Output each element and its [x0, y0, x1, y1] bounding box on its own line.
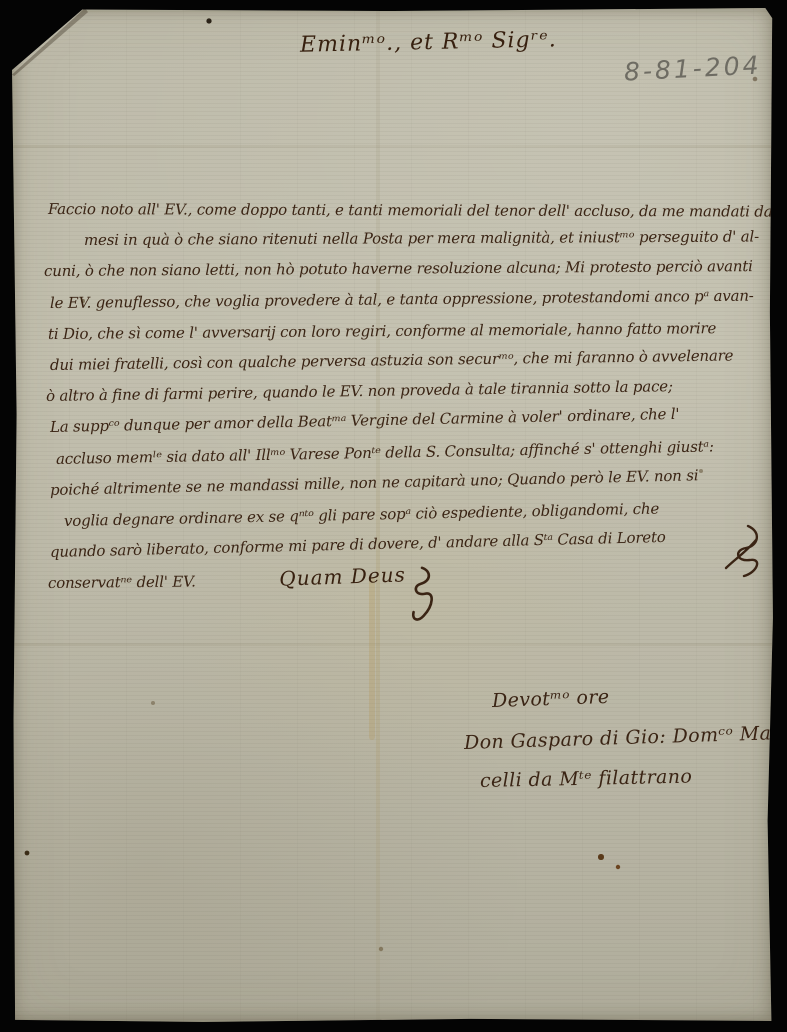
signature-block: Devotᵐᵒ oreDon Gasparo di Gio: Domᶜᵒ Mar… — [464, 680, 787, 802]
closing-formula: Quam Deus — [279, 561, 440, 632]
letter-body: Faccio noto all' EV., come doppo tanti, … — [36, 194, 778, 600]
horizontal-fold-crease — [12, 643, 776, 646]
archival-number: 8-81-204 — [623, 50, 762, 86]
closing-text: Quam Deus — [279, 562, 406, 590]
manuscript-scan: Eminᵐᵒ., et Rᵐᵒ Sigʳᵉ. 8-81-204 Faccio n… — [0, 0, 787, 1032]
corner-fold — [12, 8, 84, 72]
horizontal-fold-crease — [12, 145, 776, 148]
line-end-flourish-icon — [718, 522, 766, 584]
closing-flourish-icon — [408, 565, 440, 628]
paper-specks — [12, 8, 14, 10]
salutation: Eminᵐᵒ., et Rᵐᵒ Sigʳᵉ. — [300, 27, 557, 57]
corner-fold-shadow — [12, 8, 88, 76]
letter-page: Eminᵐᵒ., et Rᵐᵒ Sigʳᵉ. 8-81-204 Faccio n… — [12, 8, 776, 1024]
signature-line: celli da Mᵗᵉ filattrano — [480, 754, 787, 802]
